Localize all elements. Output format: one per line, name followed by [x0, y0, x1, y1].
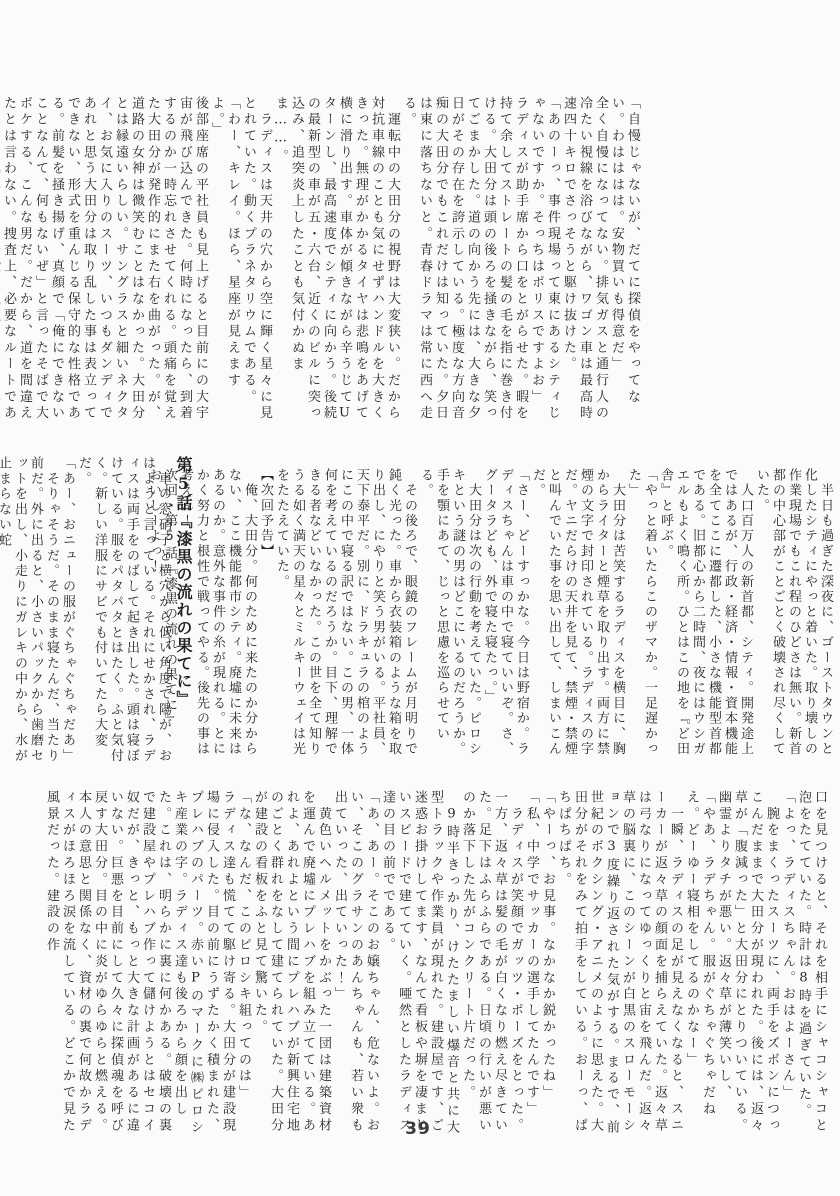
paragraph: 9時半きっかり、けたたましい爆音と共に大型トラックや作業員が現れた。建設屋です、…: [379, 790, 459, 1138]
paragraph: 大田分は次の行動を考えていた。ピロシキという謎の男はどこにいるのだろうか。手を顎…: [417, 468, 481, 766]
paragraph: 全く自慢になってない。排気ガスと通行人の冷たい視線を浴びながら、ワゴン車は最高時…: [560, 96, 608, 424]
paragraph: 「私、中学でサッカーの選手してたんです」: [523, 790, 539, 1138]
paragraph: 半日も過ぎた深夜に、ゴーストタウンと化したシティにやっと着いた。取り壊しの作業現…: [753, 468, 833, 766]
paragraph: 一瞬、ラディスの足が見えなくなると、スニーカーが返々草の顔面を捕らえていた。返々…: [555, 790, 683, 1138]
paragraph: 人口百万人の新首都、シティ。開発途上ではあるが、行政・経済・情報・資本機能を全て…: [657, 468, 753, 766]
paragraph: 「あー、おニューの服がぐちゃぐちゃだあ」: [59, 456, 75, 764]
paragraph: 腕をまくったスーツに、両手をズボンにつっこんだままで大田分が現われた。後には、返…: [715, 790, 779, 1138]
paragraph: 「あ、あー。そこのお嬢ちゃん、危ないよ。おい、そこのグラサンのあんちゃんも、若い…: [331, 790, 379, 1138]
next-episode-title-text: 第5話『漆黒の流れの果てに』: [174, 456, 193, 708]
story-text-episode5-opening-block: 車の窓硝子と横穴から低い角度で陽が、おはようと言っている。それにせかされ、ラディ…: [10, 456, 171, 764]
story-text-top-block: 「自慢じゃないが、だてに探偵をやってない。わはははは。安物買いも得意だ」全く自慢…: [12, 96, 640, 424]
paragraph: 口を見つけると、それを相手にシャコシャコと泡をたてていた。時計は8時を過ぎていた…: [795, 790, 827, 1138]
paragraph: 「わー、キレイ。ほら、星座が見えますよ。」: [208, 96, 240, 424]
next-episode-title-heading: 第5話『漆黒の流れの果てに』: [172, 456, 194, 768]
story-text-bottom-block: 口を見つけると、それを相手にシャコシャコと泡をたてていた。時計は8時を過ぎていた…: [15, 790, 827, 1138]
paragraph: そりゃそうだ。そのまま寝たんだ、当たり前だ。外に出ると、小さいパックから歯磨セッ…: [0, 456, 59, 764]
page-number: 39: [396, 1119, 440, 1139]
paragraph: 「よっ、ラディスちゃん。おはよーさん」: [779, 790, 795, 1138]
paragraph: 「やあ、ラデちゃん。服がぐちゃぐちゃだねえ。どーゆー寝相をしてるのかなー」: [683, 790, 715, 1138]
paragraph: 運転中の大田分の視野は大変狭い。だから対抗車線のことも気にせずハンドルを大きくき…: [272, 96, 400, 424]
paragraph: 「やっと着いたらこのザマか。一足遅かった」: [625, 468, 657, 766]
paragraph: 「やーっ、お見事。なかなか鋭かったね」: [539, 790, 555, 1138]
paragraph: ラディス達も慌てて駆け寄る。大田分が建設現場に侵入した。目の前にうずたかく積まれ…: [43, 790, 235, 1138]
paragraph: 大田分は苦笑するラディスを横目に、胸からライターと煙草を取り出す。両方に禁煙の文…: [529, 468, 625, 766]
story-text-middle-block: 半日も過ぎた深夜に、ゴーストタウンと化したシティにやっと着いた。取り壊しの作業現…: [270, 468, 833, 766]
paragraph: その後ろで、眼鏡のフレームが月明りで鈍く光った。車から衣装箱のような箱を取り出し…: [273, 468, 417, 766]
paragraph: 「な、なんだ、このピロシキ組ってのは」: [235, 790, 251, 1138]
paragraph: 後部座席の平社員も見上げると目前にの大宇宙が飛び込んできた。何時になったら、到着…: [0, 96, 208, 424]
scanned-page: 「自慢じゃないが、だてに探偵をやってない。わはははは。安物買いも得意だ」全く自慢…: [0, 0, 840, 1196]
paragraph: ラディスが笑顔でガッツ・ポーズをとった。一方、返々草は髪の毛が白くなり燃え尽きて…: [459, 790, 523, 1138]
paragraph: 黄色いヘルメットをかぶった一団は建築資材を運んで廃墟にプレハブを組み立てている。…: [251, 790, 331, 1138]
paragraph: 車の窓硝子と横穴から低い角度で陽が、おはようと言っている。それにせかされ、ラディ…: [75, 456, 171, 764]
paragraph: 「さー、どーすっかな。今日は野宿か。ラディスちゃんは車の中で寝ていいぞ。さ、グー…: [481, 468, 529, 766]
paragraph: 「自慢じゃないが、だてに探偵をやってない。わはははは。安物買いも得意だ」: [608, 96, 640, 424]
paragraph: 「あのーっ、事件現場って東にあるシティじゃないですか。そっちはポリスですよお」: [528, 96, 560, 424]
paragraph: ラディスが助手席から口をとがらせた。暇を持て余してストレートの髪の毛を指に巻き付…: [400, 96, 528, 424]
paragraph: ラディスは天井の穴から空に輝く星々に見とれていた。動くプラネタリウムである。: [240, 96, 272, 424]
paragraph: 【次回予告】: [257, 468, 273, 766]
